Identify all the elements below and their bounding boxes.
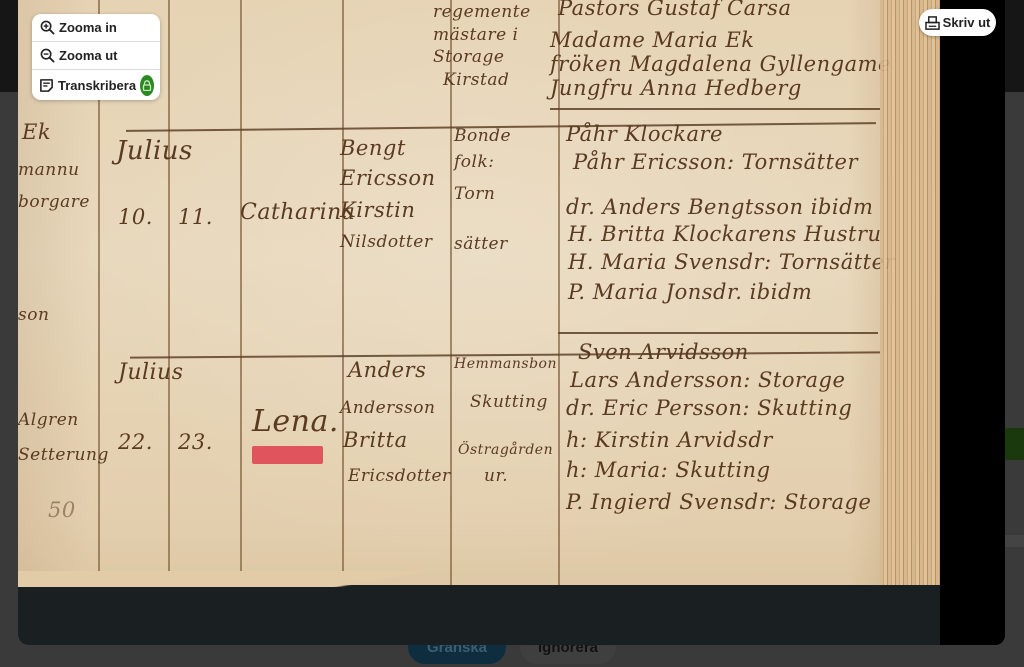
handwritten-text: Kirstad <box>443 70 509 90</box>
entry-birth-day: 22. <box>118 430 153 454</box>
entry-month: Julius <box>116 136 193 166</box>
entry-sponsor: Sven Arvidsson <box>578 340 749 364</box>
entry-baptism-day: 23. <box>178 430 213 454</box>
zoom-out-button[interactable]: Zooma ut <box>32 42 160 70</box>
row-rule <box>558 332 878 334</box>
entry-month: Julius <box>118 360 184 385</box>
entry-sponsor: dr. Anders Bengtsson ibidm <box>566 195 873 219</box>
handwritten-text: mästare i <box>433 25 518 45</box>
background-divider <box>1005 535 1024 547</box>
entry-parent: Nilsdotter <box>340 232 432 252</box>
zoom-in-icon <box>39 20 55 36</box>
column-rule <box>168 0 170 590</box>
zoom-in-label: Zooma in <box>59 20 117 35</box>
entry-parent: Ericsson <box>340 166 436 190</box>
entry-parent: Bengt <box>340 136 406 160</box>
entry-residence: Torn <box>454 184 495 204</box>
entry-sponsor: H. Maria Svensdr: Tornsätter <box>568 250 895 274</box>
print-button[interactable]: Skriv ut <box>919 9 996 36</box>
margin-text: Ek <box>22 120 51 144</box>
entry-birth-day: 10. <box>118 205 153 229</box>
entry-parent: Ericsdotter <box>348 466 451 486</box>
entry-sponsor: h: Maria: Skutting <box>566 458 771 482</box>
print-label: Skriv ut <box>943 15 991 30</box>
entry-sponsor: H. Britta Klockarens Hustru <box>568 222 882 246</box>
image-viewer: regemente mästare i Storage Kirstad Past… <box>18 0 1005 645</box>
column-rule <box>342 0 344 590</box>
book-page-edges <box>880 0 940 590</box>
entry-residence: sätter <box>454 234 508 254</box>
entry-sponsor: Lars Andersson: Storage <box>570 368 845 392</box>
entry-sponsor: P. Maria Jonsdr. ibidm <box>568 280 812 304</box>
entry-sponsor: P. Ingierd Svensdr: Storage <box>566 490 871 514</box>
zoom-in-button[interactable]: Zooma in <box>32 14 160 42</box>
entry-residence: folk: <box>454 152 495 172</box>
book-cover-edge <box>18 585 940 645</box>
entry-residence: Skutting <box>470 392 548 412</box>
margin-text: borgare <box>18 192 90 212</box>
entry-sponsor: Påhr Klockare <box>566 122 723 146</box>
entry-sponsor: Påhr Ericsson: Tornsätter <box>573 150 858 174</box>
zoom-out-label: Zooma ut <box>59 48 118 63</box>
row-rule <box>550 108 880 110</box>
entry-sponsor: h: Kirstin Arvidsdr <box>566 428 773 452</box>
margin-text: mannu <box>18 160 80 180</box>
printer-icon <box>925 16 940 30</box>
entry-sponsor: dr. Eric Persson: Skutting <box>566 396 852 420</box>
entry-child-name: Lena. <box>252 404 339 439</box>
zoom-out-icon <box>39 48 55 64</box>
viewer-controls: Zooma in Zooma ut Transkribera <box>32 14 160 100</box>
entry-parent: Kirstin <box>340 198 415 222</box>
entry-residence: ur. <box>484 466 508 486</box>
handwritten-text: regemente <box>433 2 531 22</box>
entry-residence: Östragården <box>458 442 553 458</box>
handwritten-text: Madame Maria Ek <box>550 28 755 52</box>
margin-text: 50 <box>48 498 76 522</box>
entry-residence: Bonde <box>454 126 511 146</box>
entry-parent: Andersson <box>340 398 435 418</box>
handwritten-text: Storage <box>433 47 504 67</box>
viewer-letterbox <box>940 0 1005 645</box>
lock-icon <box>140 75 154 96</box>
entry-baptism-day: 11. <box>178 205 213 229</box>
margin-text: son <box>18 305 49 325</box>
entry-residence: Hemmansbon <box>454 356 557 372</box>
entry-child-name: Catharina <box>240 200 355 225</box>
margin-text: Algren <box>18 410 79 430</box>
redaction-bar <box>252 446 323 464</box>
entry-parent: Britta <box>343 428 408 452</box>
entry-parent: Anders <box>348 358 426 382</box>
background-green-element <box>1005 428 1024 460</box>
transcribe-button[interactable]: Transkribera <box>32 70 160 100</box>
handwritten-text: fröken Magdalena Gyllengame <box>550 52 891 76</box>
transcribe-label: Transkribera <box>58 78 136 93</box>
column-rule <box>240 0 242 590</box>
document-note-icon <box>39 77 54 93</box>
handwritten-text: Pastors Gustaf Carsa <box>558 0 791 20</box>
margin-text: Setterung <box>18 445 109 465</box>
handwritten-text: Jungfru Anna Hedberg <box>550 76 802 100</box>
